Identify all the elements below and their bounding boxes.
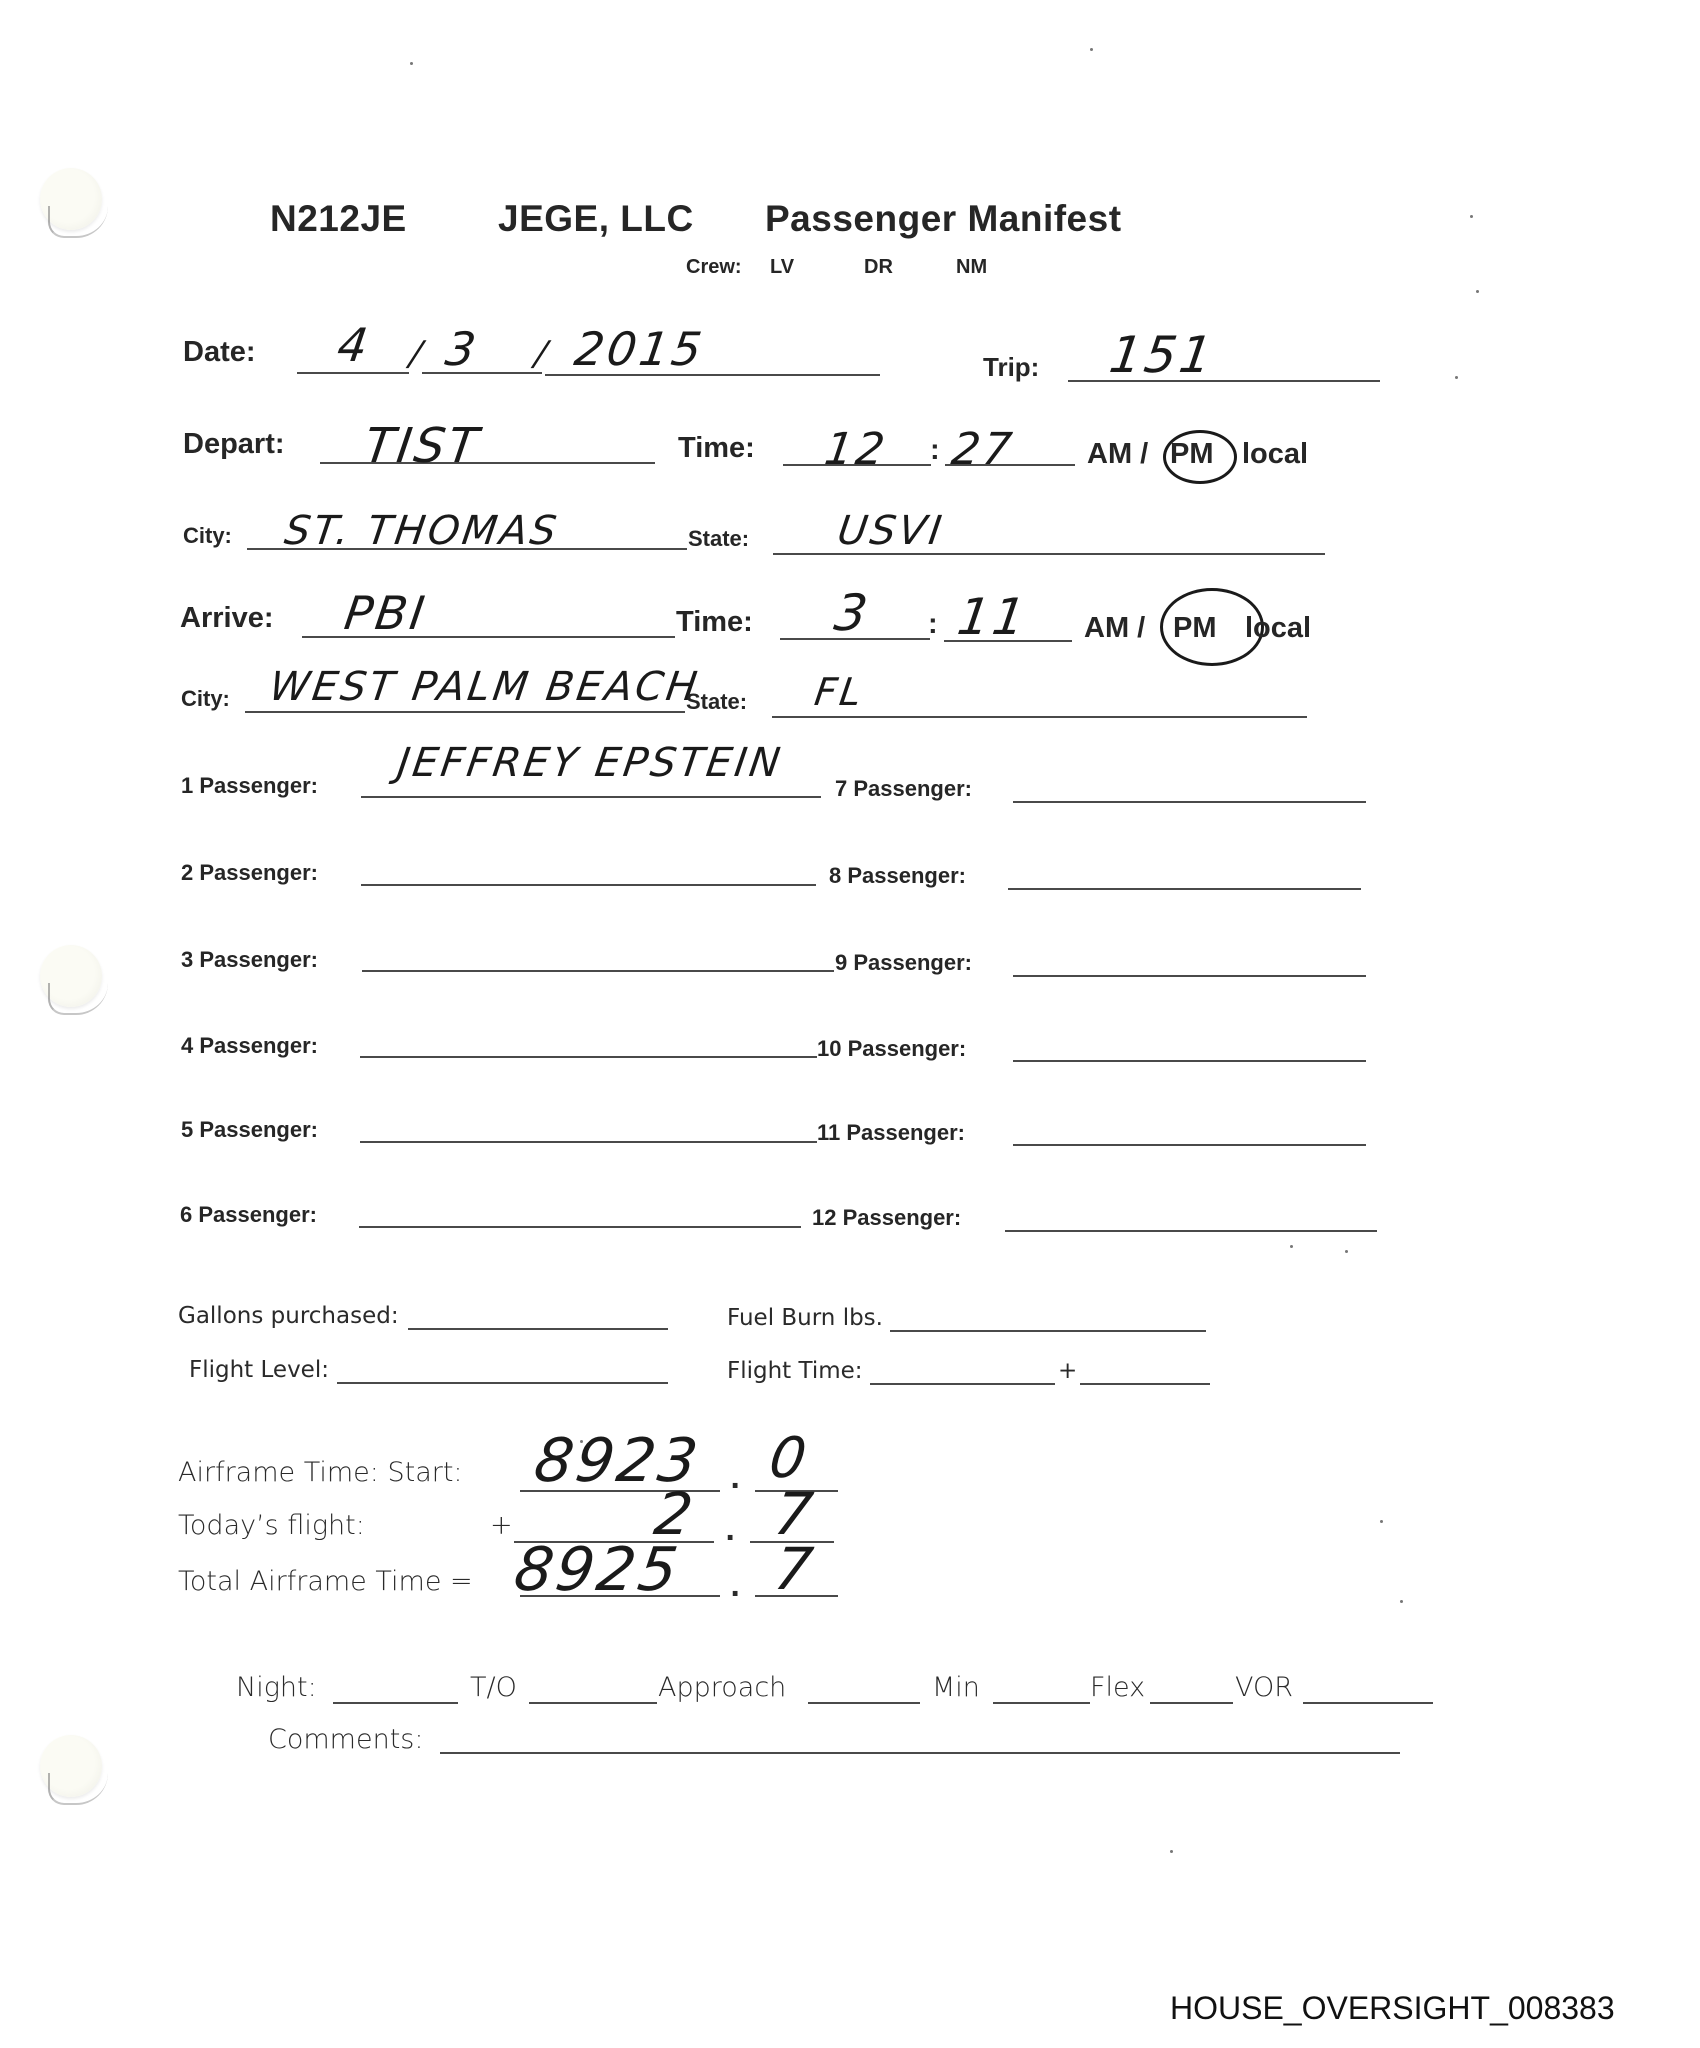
approach-label: Approach: [658, 1672, 786, 1703]
passenger-5-field[interactable]: [360, 1141, 817, 1143]
fuel-burn-field[interactable]: [890, 1330, 1206, 1332]
date-month-value: 4: [334, 318, 374, 372]
scan-speck: [1400, 1600, 1403, 1603]
hole-punch-top: [40, 168, 102, 230]
passenger-10-label: 10 Passenger:: [817, 1036, 966, 1062]
depart-minute-value: 27: [948, 424, 1017, 475]
scan-speck: [1470, 215, 1473, 218]
gallons-purchased-field[interactable]: [408, 1328, 668, 1330]
trip-label: Trip:: [983, 352, 1039, 383]
scan-speck: [1380, 1520, 1383, 1523]
arrive-state-value: FL: [812, 670, 867, 714]
date-separator-2: /: [532, 334, 552, 374]
total-airframe-whole-value: 8925: [510, 1535, 685, 1605]
flight-level-field[interactable]: [337, 1382, 668, 1384]
depart-am-option[interactable]: AM /: [1087, 438, 1148, 471]
arrive-state-label: State:: [686, 689, 747, 715]
scan-speck: [1345, 1250, 1348, 1253]
depart-airport-value: TIST: [361, 418, 484, 474]
date-year-value: 2015: [571, 322, 708, 376]
depart-city-value: ST. THOMAS: [282, 508, 562, 554]
tail-number: N212JE: [270, 198, 407, 240]
crew-member-1: LV: [770, 256, 794, 279]
arrive-label: Arrive:: [180, 602, 274, 635]
takeoff-label: T/O: [470, 1672, 517, 1703]
todays-flight-plus: +: [490, 1510, 513, 1541]
passenger-1-label: 1 Passenger:: [181, 773, 318, 799]
arrive-city-field[interactable]: [245, 711, 685, 713]
depart-pm-selected-circle: [1163, 430, 1237, 484]
depart-hour-value: 12: [821, 424, 890, 475]
flight-time-field-2[interactable]: [1080, 1383, 1210, 1385]
date-label: Date:: [183, 336, 256, 369]
night-label: Night:: [236, 1672, 317, 1703]
flight-time-plus: +: [1058, 1358, 1077, 1384]
flex-label: Flex: [1090, 1672, 1145, 1703]
depart-state-label: State:: [688, 526, 749, 552]
scan-speck: [1090, 48, 1093, 51]
passenger-7-label: 7 Passenger:: [835, 776, 972, 802]
document-title: Passenger Manifest: [765, 198, 1122, 240]
passenger-4-field[interactable]: [360, 1056, 817, 1058]
arrive-am-option[interactable]: AM /: [1084, 612, 1145, 645]
passenger-10-field[interactable]: [1013, 1060, 1366, 1062]
flight-time-label: Flight Time:: [727, 1358, 863, 1384]
arrive-time-colon: :: [928, 608, 938, 641]
arrive-minute-value: 11: [954, 588, 1032, 646]
passenger-5-label: 5 Passenger:: [181, 1117, 318, 1143]
depart-time-colon: :: [930, 434, 940, 467]
arrive-state-field[interactable]: [772, 716, 1307, 718]
arrive-city-label: City:: [181, 686, 230, 712]
comments-label: Comments:: [268, 1724, 423, 1755]
passenger-12-label: 12 Passenger:: [812, 1205, 961, 1231]
date-day-value: 3: [442, 322, 482, 376]
passenger-1-field[interactable]: [361, 796, 821, 798]
min-field[interactable]: [993, 1702, 1090, 1704]
flex-field[interactable]: [1150, 1702, 1233, 1704]
scan-speck: [410, 62, 413, 65]
depart-time-label: Time:: [678, 432, 755, 465]
min-label: Min: [932, 1672, 980, 1703]
airframe-start-label: Airframe Time: Start:: [178, 1457, 463, 1488]
trip-number-value: 151: [1106, 326, 1219, 384]
date-separator-1: /: [407, 334, 427, 374]
todays-flight-label: Today’s flight:: [178, 1510, 365, 1541]
passenger-4-label: 4 Passenger:: [181, 1033, 318, 1059]
scan-speck: [1455, 376, 1458, 379]
flight-level-label: Flight Level:: [189, 1357, 329, 1383]
passenger-8-label: 8 Passenger:: [829, 863, 966, 889]
arrive-time-label: Time:: [676, 606, 753, 639]
passenger-6-field[interactable]: [359, 1226, 801, 1228]
depart-local-label: local: [1242, 438, 1308, 471]
passenger-3-field[interactable]: [362, 970, 834, 972]
date-day-field[interactable]: [422, 372, 542, 374]
hole-punch-bottom: [40, 1735, 102, 1797]
vor-label: VOR: [1235, 1672, 1293, 1703]
approach-field[interactable]: [808, 1702, 920, 1704]
passenger-11-field[interactable]: [1013, 1144, 1366, 1146]
passenger-11-label: 11 Passenger:: [817, 1120, 965, 1146]
flight-time-field-1[interactable]: [870, 1383, 1055, 1385]
arrive-airport-value: PBI: [341, 586, 430, 640]
vor-field[interactable]: [1303, 1702, 1433, 1704]
night-field[interactable]: [333, 1702, 458, 1704]
arrive-hour-value: 3: [831, 584, 874, 642]
passenger-2-label: 2 Passenger:: [181, 860, 318, 886]
arrive-local-label: local: [1245, 612, 1311, 645]
scan-speck: [1170, 1850, 1173, 1853]
scan-speck: [1290, 1245, 1293, 1248]
airframe-start-decimal: .: [730, 1464, 740, 1495]
crew-member-2: DR: [864, 256, 893, 279]
crew-label: Crew:: [686, 256, 742, 279]
passenger-6-label: 6 Passenger:: [180, 1202, 317, 1228]
passenger-3-label: 3 Passenger:: [181, 947, 318, 973]
depart-state-value: USVI: [835, 508, 947, 554]
passenger-12-field[interactable]: [1005, 1230, 1377, 1232]
total-airframe-label: Total Airframe Time =: [178, 1566, 473, 1597]
depart-city-label: City:: [183, 523, 232, 549]
crew-member-3: NM: [956, 256, 987, 279]
date-month-field[interactable]: [297, 372, 409, 374]
passenger-1-name: JEFFREY EPSTEIN: [395, 740, 786, 786]
depart-label: Depart:: [183, 428, 285, 461]
passenger-9-field[interactable]: [1013, 975, 1366, 977]
passenger-2-field[interactable]: [361, 884, 816, 886]
bates-number: HOUSE_OVERSIGHT_008383: [1170, 1990, 1615, 2027]
takeoff-field[interactable]: [529, 1702, 657, 1704]
arrive-city-value: WEST PALM BEACH: [267, 664, 703, 710]
todays-flight-decimal: .: [725, 1516, 735, 1547]
passenger-7-field[interactable]: [1013, 801, 1366, 803]
fuel-burn-label: Fuel Burn lbs.: [727, 1305, 883, 1331]
hole-punch-middle: [40, 945, 102, 1007]
gallons-purchased-label: Gallons purchased:: [178, 1303, 399, 1329]
company-name: JEGE, LLC: [498, 198, 694, 240]
total-airframe-tenth-value: 7: [770, 1535, 819, 1603]
comments-field[interactable]: [440, 1752, 1400, 1754]
scan-speck: [1476, 290, 1479, 293]
total-airframe-decimal: .: [730, 1572, 740, 1603]
passenger-8-field[interactable]: [1008, 888, 1361, 890]
passenger-9-label: 9 Passenger:: [835, 950, 972, 976]
